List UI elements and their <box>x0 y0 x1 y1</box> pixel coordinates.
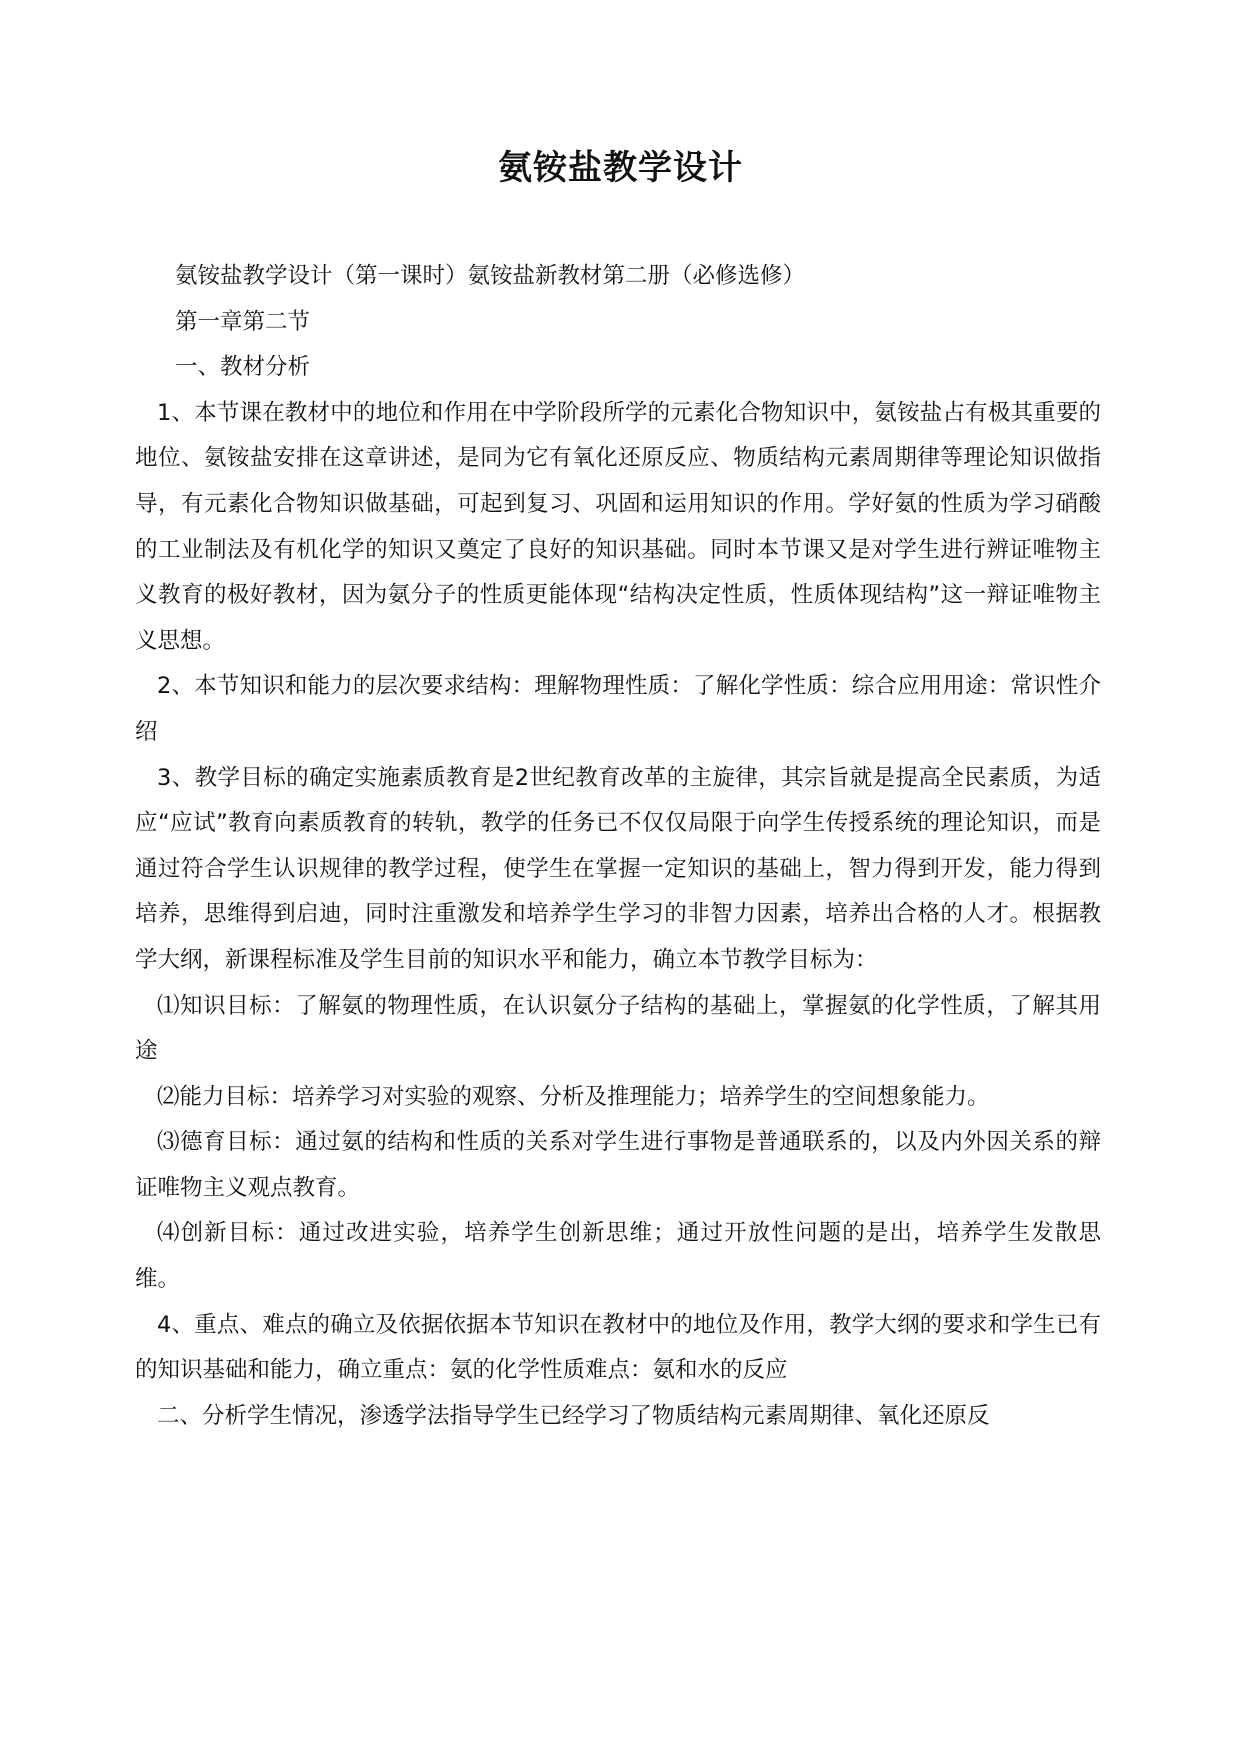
paragraph-knowledge-levels: 2、本节知识和能力的层次要求结构：理解物理性质：了解化学性质：综合应用用途：常识… <box>135 664 1101 755</box>
document-body: 氨铵盐教学设计（第一课时）氨铵盐新教材第二册（必修选修） 第一章第二节 一、教材… <box>135 254 1101 1439</box>
section-heading-student-analysis: 二、分析学生情况，渗透学法指导学生已经学习了物质结构元素周期律、氧化还原反 <box>135 1394 1101 1440</box>
document-title: 氨铵盐教学设计 <box>0 140 1241 189</box>
section-heading-textbook-analysis: 一、教材分析 <box>135 345 1101 391</box>
goal-innovation: ⑷创新目标：通过改进实验，培养学生创新思维；通过开放性问题的是出，培养学生发散思… <box>135 1211 1101 1302</box>
paragraph-teaching-goals: 3、教学目标的确定实施素质教育是2世纪教育改革的主旋律，其宗旨就是提高全民素质，… <box>135 756 1101 984</box>
paragraph-subtitle: 氨铵盐教学设计（第一课时）氨铵盐新教材第二册（必修选修） <box>135 254 1101 300</box>
paragraph-position-role: 1、本节课在教材中的地位和作用在中学阶段所学的元素化合物知识中，氨铵盐占有极其重… <box>135 391 1101 665</box>
goal-ability: ⑵能力目标：培养学习对实验的观察、分析及推理能力；培养学生的空间想象能力。 <box>135 1075 1101 1121</box>
paragraph-chapter: 第一章第二节 <box>135 300 1101 346</box>
goal-knowledge: ⑴知识目标：了解氨的物理性质，在认识氨分子结构的基础上，掌握氨的化学性质，了解其… <box>135 984 1101 1075</box>
paragraph-key-difficult-points: 4、重点、难点的确立及依据依据本节知识在教材中的地位及作用，教学大纲的要求和学生… <box>135 1303 1101 1394</box>
goal-moral: ⑶德育目标：通过氨的结构和性质的关系对学生进行事物是普通联系的，以及内外因关系的… <box>135 1120 1101 1211</box>
